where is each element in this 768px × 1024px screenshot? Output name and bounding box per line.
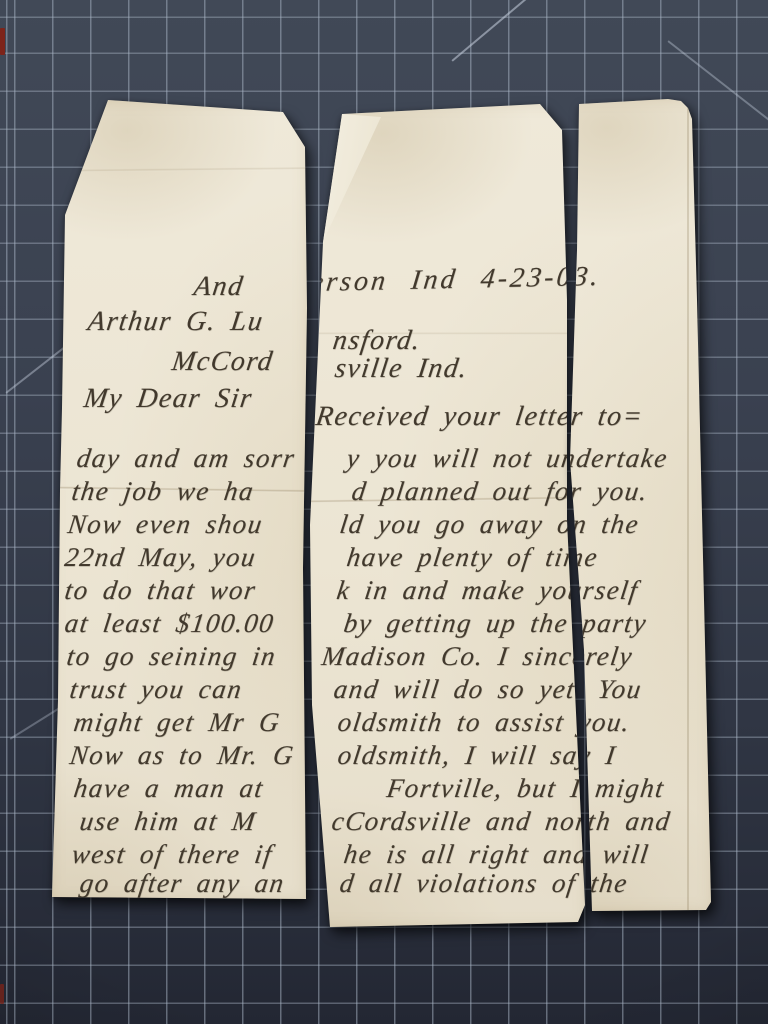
salutation-line: My Dear Sir [82,384,255,413]
handwriting-line: to do that wor [63,576,258,604]
recipient-fragment-right: nsford. [331,326,423,355]
red-edge-mark [0,28,5,55]
handwriting-line: day and am sorr [75,444,297,472]
handwriting-line: west of there if [70,840,275,868]
handwriting-line: have a man at [72,774,266,802]
handwriting-line: trust you can [68,675,244,703]
photo-scene: And Arthur G. Lu McCord My Dear Sir day … [0,0,768,1024]
paper-right: erson Ind 4-23-03. nsford. sville Ind. R… [560,95,715,915]
handwriting-line: Now even shou [66,510,265,538]
mat-scratch [451,0,590,62]
handwriting-line: go after any an [78,869,287,897]
handwriting-line: 22nd May, you [63,543,258,571]
dateline-fragment-right: erson Ind 4-23-03. [309,262,603,297]
recipient-fragment-left: Arthur G. Lu [86,307,266,336]
letter-fragment-right: erson Ind 4-23-03. nsford. sville Ind. R… [560,95,715,915]
fold-crease [687,95,689,915]
handwriting-line: use him at M [78,807,258,835]
handwriting-layer: erson Ind 4-23-03. nsford. sville Ind. R… [295,100,590,930]
handwriting-line: the job we ha [70,477,256,505]
handwriting-line: might get Mr G [72,708,282,736]
paper-left: And Arthur G. Lu McCord My Dear Sir day … [48,98,310,904]
address-fragment-left: McCord [170,347,275,376]
paper-middle: erson Ind 4-23-03. nsford. sville Ind. R… [295,100,590,930]
handwriting-line: at least $100.00 [63,609,276,637]
handwriting-line: Now as to Mr. G [68,741,296,769]
address-fragment-right: sville Ind. [333,354,470,383]
letter-fragment-left: And Arthur G. Lu McCord My Dear Sir day … [48,98,310,904]
letter-fragment-middle: erson Ind 4-23-03. nsford. sville Ind. R… [295,100,590,930]
handwriting-layer: And Arthur G. Lu McCord My Dear Sir day … [48,98,310,904]
handwriting-line: to go seining in [65,642,278,670]
dateline-fragment-left: And [192,272,246,301]
red-edge-mark [0,984,4,1004]
